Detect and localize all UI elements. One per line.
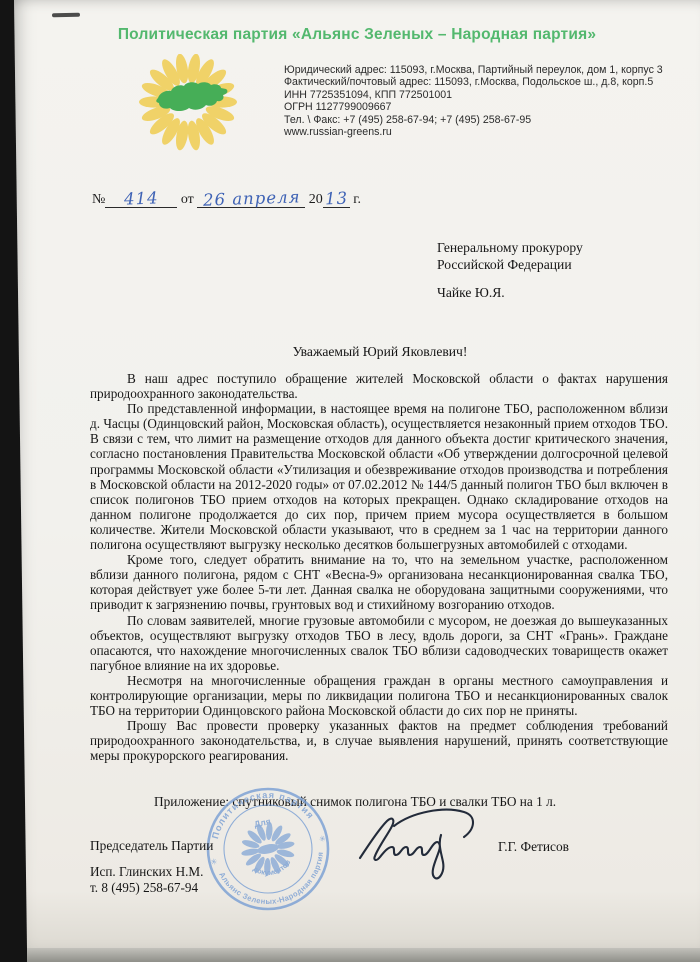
number-blank: 414 (105, 188, 177, 208)
website: www.russian-greens.ru (284, 126, 663, 138)
scanned-letter: { "letterhead": { "party_title": "Полити… (0, 0, 700, 962)
date-blank: 26 апреля (197, 188, 305, 208)
number-prefix: № (92, 192, 105, 207)
sunflower-logo-icon (122, 54, 254, 154)
signer-name: Г.Г. Фетисов (498, 839, 569, 855)
recipient-org: Российской Федерации (437, 257, 583, 274)
recipient-name: Чайке Ю.Я. (437, 285, 583, 302)
paragraph: По словам заявителей, многие грузовые ав… (90, 613, 668, 673)
paper: Политическая партия «Альянс Зеленых – На… (14, 0, 700, 948)
inn-kpp: ИНН 7725351094, КПП 772501001 (284, 89, 663, 101)
year-suffix: г. (353, 192, 361, 207)
scan-bottom-band (27, 948, 700, 962)
paragraph: Кроме того, следует обратить внимание на… (90, 552, 668, 612)
salutation: Уважаемый Юрий Яковлевич! (92, 344, 668, 360)
legal-address: Юридический адрес: 115093, г.Москва, Пар… (284, 64, 663, 76)
paragraph: В наш адрес поступило обращение жителей … (90, 371, 668, 401)
from-label: от (181, 192, 194, 207)
postal-address: Фактический/почтовый адрес: 115093, г.Мо… (284, 76, 663, 88)
recipient-title: Генеральному прокурору (437, 240, 583, 257)
handwritten-year: 13 (325, 189, 349, 209)
handwritten-date: 26 апреля (202, 187, 300, 209)
signer-position: Председатель Партии (90, 838, 213, 854)
party-title: Политическая партия «Альянс Зеленых – На… (14, 26, 700, 44)
phone-fax: Тел. \ Факс: +7 (495) 258-67-94; +7 (495… (284, 114, 663, 126)
scan-artifact-dash (52, 13, 80, 17)
recipient-block: Генеральному прокурору Российской Федера… (437, 240, 583, 302)
contact-block: Юридический адрес: 115093, г.Москва, Пар… (284, 64, 663, 138)
paragraph: Прошу Вас провести проверку указанных фа… (90, 718, 668, 763)
year-prefix: 20 (309, 192, 323, 207)
year-blank: 13 (323, 188, 350, 208)
executor-phone: т. 8 (495) 258-67-94 (90, 880, 198, 896)
letter-body: В наш адрес поступило обращение жителей … (90, 371, 668, 763)
stamp-separator: ✳ (210, 857, 219, 867)
signature-handwriting (344, 802, 499, 887)
handwritten-number: 414 (124, 188, 159, 208)
paragraph: По представленной информации, в настояще… (90, 401, 668, 552)
paragraph: Несмотря на многочисленные обращения гра… (90, 673, 668, 718)
reference-line: №414 от 26 апреля 2013 г. (92, 188, 361, 208)
ogrn: ОГРН 1127799009667 (284, 101, 663, 113)
executor-name: Исп. Глинских Н.М. (90, 864, 203, 880)
